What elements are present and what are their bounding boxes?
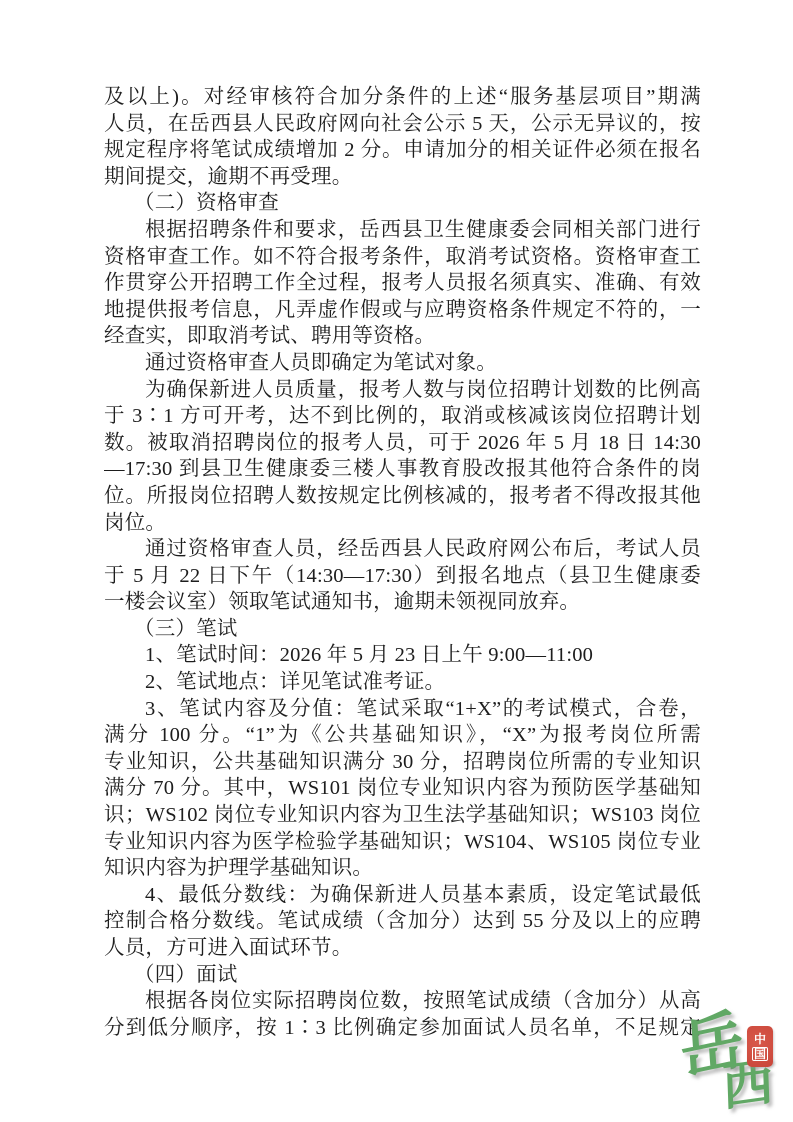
text-line: 于 3∶1 方可开考，达不到比例的，取消或核减该岗位招聘计划 xyxy=(104,403,701,430)
text-line: 专业知识，公共基础知识满分 30 分，招聘岗位所需的专业知识 xyxy=(104,749,701,776)
text-line: 人员，在岳西县人民政府网向社会公示 5 天，公示无异议的，按 xyxy=(104,111,701,138)
text-line: 分到低分顺序，按 1∶3 比例确定参加面试人员名单，不足规定 xyxy=(104,1015,701,1042)
text-line: 数。被取消招聘岗位的报考人员，可于 2026 年 5 月 18 日 14:30 xyxy=(104,430,701,457)
text-line: 满分 70 分。其中，WS101 岗位专业知识内容为预防医学基础知 xyxy=(104,775,701,802)
text-line: 根据各岗位实际招聘岗位数，按照笔试成绩（含加分）从高 xyxy=(104,988,701,1015)
text-line: 作贯穿公开招聘工作全过程，报考人员报名须真实、准确、有效 xyxy=(104,270,701,297)
text-line: 3、笔试内容及分值：笔试采取“1+X”的考试模式，合卷， xyxy=(104,696,701,723)
text-line: 专业知识内容为医学检验学基础知识；WS104、WS105 岗位专业 xyxy=(104,829,701,856)
text-line: 满分 100 分。“1”为《公共基础知识》，“X”为报考岗位所需 xyxy=(104,722,701,749)
text-line: 通过资格审查人员即确定为笔试对象。 xyxy=(104,350,701,377)
text-line: 2、笔试地点：详见笔试准考证。 xyxy=(104,669,701,696)
text-line: （三）笔试 xyxy=(104,616,701,643)
text-line: 为确保新进人员质量，报考人数与岗位招聘计划数的比例高 xyxy=(104,377,701,404)
text-line: 于 5 月 22 日下午（14:30—17:30）到报名地点（县卫生健康委 xyxy=(104,563,701,590)
text-line: 识；WS102 岗位专业知识内容为卫生法学基础知识；WS103 岗位 xyxy=(104,802,701,829)
text-line: —17:30 到县卫生健康委三楼人事教育股改报其他符合条件的岗 xyxy=(104,456,701,483)
text-line: 经查实，即取消考试、聘用等资格。 xyxy=(104,323,701,350)
text-line: 知识内容为护理学基础知识。 xyxy=(104,855,701,882)
text-line: 人员，方可进入面试环节。 xyxy=(104,935,701,962)
seal-char-guo: 国 xyxy=(752,1047,768,1061)
text-line: （四）面试 xyxy=(104,962,701,989)
seal-char-zhong: 中 xyxy=(754,1033,766,1046)
text-line: 通过资格审查人员，经岳西县人民政府网公布后，考试人员 xyxy=(104,536,701,563)
text-line: （二）资格审查 xyxy=(104,190,701,217)
text-line: 一楼会议室）领取笔试通知书，逾期未领视同放弃。 xyxy=(104,589,701,616)
text-line: 根据招聘条件和要求，岳西县卫生健康委会同相关部门进行 xyxy=(104,217,701,244)
text-line: 位。所报岗位招聘人数按规定比例核减的，报考者不得改报其他 xyxy=(104,483,701,510)
document-body: 及以上)。对经审核符合加分条件的上述“服务基层项目”期满人员，在岳西县人民政府网… xyxy=(104,84,701,1041)
text-line: 规定程序将笔试成绩增加 2 分。申请加分的相关证件必须在报名 xyxy=(104,137,701,164)
text-line: 资格审查工作。如不符合报考条件，取消考试资格。资格审查工 xyxy=(104,244,701,271)
china-seal-stamp: 中 国 xyxy=(747,1026,773,1067)
text-line: 及以上)。对经审核符合加分条件的上述“服务基层项目”期满 xyxy=(104,84,701,111)
yuexi-brand-logo: 岳 西 中 国 xyxy=(676,1016,793,1122)
text-line: 控制合格分数线。笔试成绩（含加分）达到 55 分及以上的应聘 xyxy=(104,908,701,935)
document-page: 及以上)。对经审核符合加分条件的上述“服务基层项目”期满人员，在岳西县人民政府网… xyxy=(0,0,793,1122)
text-line: 岗位。 xyxy=(104,510,701,537)
text-line: 期间提交，逾期不再受理。 xyxy=(104,164,701,191)
text-line: 1、笔试时间：2026 年 5 月 23 日上午 9:00—11:00 xyxy=(104,642,701,669)
text-line: 地提供报考信息，凡弄虚作假或与应聘资格条件规定不符的，一 xyxy=(104,297,701,324)
text-line: 4、最低分数线：为确保新进人员基本素质，设定笔试最低 xyxy=(104,882,701,909)
